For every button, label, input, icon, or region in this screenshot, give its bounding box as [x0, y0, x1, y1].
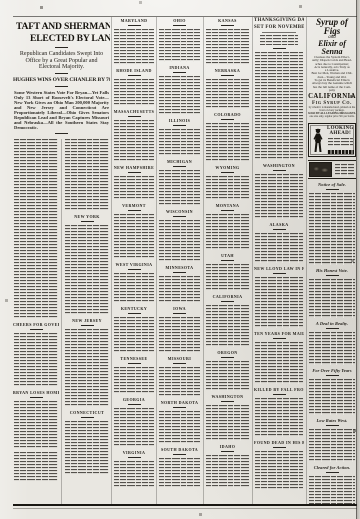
section-divider: [173, 125, 186, 126]
section-divider: [173, 313, 186, 314]
section-header: IDAHO: [205, 444, 250, 449]
section-header: KENTUCKY: [113, 306, 155, 311]
section-header: Notice of Sale.: [308, 182, 356, 187]
main-headline-line2: ELECTED BY LANDSLIDE: [13, 33, 110, 45]
body-text-greek: [114, 273, 154, 303]
section-divider: [221, 451, 234, 452]
section-header: TENNESSEE: [113, 356, 155, 361]
section-header: INDIANA: [158, 65, 201, 70]
body-text-greek: [309, 476, 355, 504]
syrup-ad-title2: Elixir of Senna: [308, 40, 356, 56]
body-text-greek: [255, 277, 303, 328]
headline-rule: [262, 32, 296, 33]
section-divider: [273, 338, 286, 339]
section-header: VERMONT: [113, 203, 155, 208]
body-text-greek: [309, 429, 355, 462]
body-text-greek: [309, 193, 355, 265]
section-divider: [273, 394, 286, 395]
livestock-photo: [309, 162, 332, 177]
looking-ahead-title-line2: AHEAD!: [327, 131, 354, 136]
body-text-greek: [159, 129, 200, 156]
man-silhouette-illustration: [311, 126, 325, 154]
section-divider: [326, 375, 339, 376]
section-divider: [173, 166, 186, 167]
body-text-greek: [206, 405, 249, 441]
section-header: WYOMING: [205, 165, 250, 170]
body-text-greek: [114, 176, 154, 200]
section-divider: [128, 25, 141, 26]
section-header: UTAH: [205, 253, 250, 258]
section-divider: [221, 25, 234, 26]
section-divider: [326, 275, 339, 276]
body-text-greek: [309, 379, 355, 415]
section-header: NORTH DAKOTA: [158, 400, 201, 405]
section-header: MONTANA: [205, 203, 250, 208]
body-text-greek: [255, 451, 303, 490]
section-header: KILLED BY FALL FROM ROOF: [254, 387, 304, 392]
body-text-greek: [206, 79, 249, 109]
section-divider: [81, 325, 94, 326]
thanksgiving-deck-greek: [260, 35, 298, 45]
thanksgiving-headline-line2: SET FOR NOVEMBER 26: [254, 25, 304, 31]
body-text-greek: [114, 120, 154, 162]
section-divider: [173, 72, 186, 73]
section-divider: [326, 425, 339, 426]
section-header: TEN YEARS FOR MAIL ROBBER: [254, 331, 304, 336]
section-divider: [55, 73, 68, 74]
body-text-greek: [114, 367, 154, 394]
section-header: RHODE ISLAND: [113, 68, 155, 73]
section-divider: [30, 397, 43, 398]
syrup-ad-title: Syrup of Figs: [308, 18, 356, 36]
section-header: NEW JERSEY: [64, 318, 110, 323]
bottom-rule: [13, 504, 357, 506]
body-text-greek: [159, 458, 200, 488]
section-header: WEST VIRGINIA: [113, 262, 155, 267]
section-divider: [221, 401, 234, 402]
section-header: Low Rates West.: [308, 418, 356, 423]
section-divider: [173, 363, 186, 364]
body-text-greek: [159, 276, 200, 303]
body-text-greek: [206, 123, 249, 162]
section-divider: [273, 447, 286, 448]
section-header: NEBRASKA: [205, 68, 250, 73]
body-text-greek: [114, 29, 154, 65]
looking-ahead-text: LOOKING AHEAD!: [325, 126, 354, 154]
body-text-greek: [206, 29, 249, 65]
body-text-greek: [206, 305, 249, 347]
column-rule: [306, 17, 307, 504]
section-header: KANSAS: [205, 18, 250, 23]
section-divider: [128, 116, 141, 117]
lead-summary: Some Western States Vote For Bryan—Yet F…: [14, 90, 109, 131]
body-text-greek: [255, 233, 303, 263]
main-headline-line1: TAFT AND SHERMAN: [13, 21, 110, 33]
thanksgiving-headline-line1: THANKSGIVING DAY: [254, 18, 304, 24]
section-header: MINNESOTA: [158, 265, 201, 270]
section-divider: [221, 172, 234, 173]
section-divider: [128, 404, 141, 405]
column-rule: [111, 17, 112, 504]
section-header: WASHINGTON: [254, 163, 304, 168]
section-divider: [221, 260, 234, 261]
body-text-greek: [206, 214, 249, 250]
lead-deck: Republican Candidates Swept Into Office …: [17, 51, 107, 71]
section-divider: [55, 47, 68, 48]
section-divider: [128, 457, 141, 458]
section-divider: [173, 407, 186, 408]
text-column: OHIOINDIANAILLINOISMICHIGANWISCONSINMINN…: [158, 17, 201, 504]
body-text-greek: [255, 52, 303, 160]
column-rule: [156, 17, 157, 504]
body-text-greek: [14, 452, 58, 482]
body-text-greek: [159, 220, 200, 262]
text-column: THANKSGIVING DAY SET FOR NOVEMBER 26 WAS…: [254, 17, 304, 504]
body-text-greek: [159, 170, 200, 206]
section-divider: [221, 210, 234, 211]
bottom-rule-thin: [13, 508, 357, 509]
section-divider: [55, 133, 68, 134]
section-header: NEW LLOYD LAW IN FORCE: [254, 266, 304, 271]
man-silhouette-icon: [311, 128, 325, 154]
section-header: MARYLAND: [113, 18, 155, 23]
ad-copy-greek: [335, 164, 354, 176]
section-divider: [128, 172, 141, 173]
ad-text-line: pany: [308, 89, 356, 92]
syrup-ad-body: Cleanses the System Effect-ually; Dispel…: [308, 56, 356, 92]
section-header: His Honest Vote.: [308, 268, 356, 273]
section-header: OREGON: [205, 350, 250, 355]
body-text-greek: [65, 225, 109, 315]
section-divider: [173, 25, 186, 26]
section-divider: [128, 313, 141, 314]
ad-reverse-bar: [327, 150, 354, 154]
body-text-greek: [114, 461, 154, 488]
body-text-greek: [114, 317, 154, 353]
body-text-greek: [114, 214, 154, 259]
section-divider: [173, 272, 186, 273]
section-header: NEW YORK: [64, 214, 110, 219]
section-header: IOWA: [158, 306, 201, 311]
section-divider: [221, 75, 234, 76]
section-divider: [128, 363, 141, 364]
ad-copy-greek: [328, 138, 353, 147]
syrup-ad-footer: by whom it is manufactured, printed on t…: [308, 106, 356, 118]
newspaper-page: TAFT AND SHERMAN ELECTED BY LANDSLIDE Re…: [0, 0, 360, 519]
section-divider: [81, 221, 94, 222]
section-header: MASSACHUSETTS: [113, 109, 155, 114]
section-divider: [81, 417, 94, 418]
ad-column: Syrup of Figs and Elixir of Senna Cleans…: [308, 17, 356, 504]
body-text-greek: [255, 398, 303, 437]
section-divider: [273, 273, 286, 274]
body-text-greek: [206, 176, 249, 200]
body-text-greek: [159, 29, 200, 62]
section-divider: [221, 357, 234, 358]
section-header: OHIO: [158, 18, 201, 23]
body-text-greek: [206, 264, 249, 291]
section-header: NEW HAMPSHIRE: [113, 165, 155, 170]
section-divider: [128, 269, 141, 270]
section-divider: [273, 170, 286, 171]
text-column: MARYLANDRHODE ISLANDMASSACHUSETTSNEW HAM…: [113, 17, 155, 504]
livestock-ad-text: [334, 164, 355, 176]
body-text-greek: [65, 139, 109, 211]
section-header: ALASKA: [254, 222, 304, 227]
section-header: Cleared for Action.: [308, 465, 356, 470]
section-divider: [173, 454, 186, 455]
section-divider: [55, 86, 68, 87]
body-text-greek: [14, 401, 58, 449]
section-divider: [128, 210, 141, 211]
body-text-greek: [65, 329, 109, 407]
body-text-greek: [255, 174, 303, 219]
section-header: FOUND DEAD IN HIS BED: [254, 440, 304, 445]
secondary-headline: HUGHES WINS OVER CHANLER BY 70,000: [13, 77, 110, 84]
body-text-greek: [206, 455, 249, 488]
section-header: For Over Fifty Years: [308, 368, 356, 373]
section-header: MICHIGAN: [158, 159, 201, 164]
column-body: Notice of Sale.His Honest Vote.A Deal in…: [308, 182, 356, 504]
syrup-ad-company: CALIFORNIA: [308, 93, 356, 101]
section-header: CONNECTICUT: [64, 410, 110, 415]
body-text-greek: [159, 367, 200, 397]
section-divider: [30, 329, 43, 330]
section-header: CALIFORNIA: [205, 294, 250, 299]
text-column: NEW YORKNEW JERSEYCONNECTICUT: [64, 139, 110, 504]
livestock-ad: [308, 160, 356, 179]
section-header: BRYAN LOSES HOME PRECINCT: [13, 390, 59, 395]
section-header: CHEERS FOR GOVERNOR HUGHES: [13, 322, 59, 327]
lead-story: TAFT AND SHERMAN ELECTED BY LANDSLIDE Re…: [13, 17, 110, 504]
section-divider: [326, 472, 339, 473]
body-text-greek: [65, 421, 109, 475]
body-text-greek: [159, 317, 200, 353]
section-header: VIRGINIA: [113, 450, 155, 455]
column-body: WASHINGTONALASKANEW LLOYD LAW IN FORCETE…: [254, 52, 304, 490]
body-text-greek: [159, 76, 200, 115]
section-header: GEORGIA: [113, 397, 155, 402]
section-header: SOUTH DAKOTA: [158, 447, 201, 452]
section-divider: [221, 119, 234, 120]
body-text-greek: [309, 332, 355, 365]
section-divider: [273, 229, 286, 230]
section-header: A Deal in Realty.: [308, 321, 356, 326]
body-text-greek: [255, 342, 303, 384]
section-divider: [326, 189, 339, 190]
text-column: KANSASNEBRASKACOLORADOWYOMINGMONTANAUTAH…: [205, 17, 250, 504]
section-header: WASHINGTON: [205, 394, 250, 399]
body-text-greek: [14, 139, 58, 319]
section-header: WISCONSIN: [158, 209, 201, 214]
column-rule: [61, 139, 62, 504]
column-rule: [203, 17, 204, 504]
section-divider: [128, 75, 141, 76]
body-text-greek: [206, 361, 249, 391]
section-divider: [221, 301, 234, 302]
body-text-greek: [114, 79, 154, 106]
section-divider: [326, 328, 339, 329]
scan-noise: [0, 0, 1, 1]
section-header: ILLINOIS: [158, 118, 201, 123]
section-divider: [173, 216, 186, 217]
lead-body-columns: CHEERS FOR GOVERNOR HUGHESBRYAN LOSES HO…: [13, 139, 110, 504]
body-text-greek: [114, 408, 154, 447]
page-edge-shadow: [356, 0, 360, 519]
section-header: COLORADO: [205, 112, 250, 117]
text-column: CHEERS FOR GOVERNOR HUGHESBRYAN LOSES HO…: [13, 139, 59, 504]
syrup-of-figs-ad: Syrup of Figs and Elixir of Senna Cleans…: [308, 17, 356, 120]
body-text-greek: [159, 411, 200, 444]
body-text-greek: [309, 279, 355, 318]
section-header: MISSOURI: [158, 356, 201, 361]
section-divider: [273, 48, 286, 49]
body-text-greek: [14, 333, 58, 387]
ad-text-line: one size only, regular price 50c per bot…: [308, 115, 356, 118]
column-rule: [252, 17, 253, 504]
looking-ahead-ad: LOOKING AHEAD!: [308, 123, 356, 157]
